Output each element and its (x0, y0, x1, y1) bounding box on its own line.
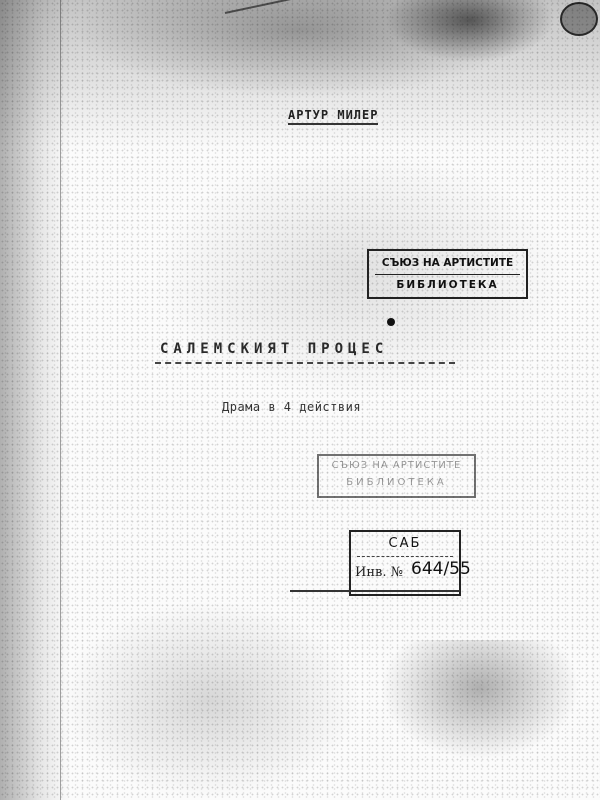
stamp-divider (375, 274, 520, 275)
library-stamp: СЪЮЗ НА АРТИСТИТЕ БИБЛИОТЕКА (367, 249, 528, 299)
inventory-number: 644/55 (411, 559, 471, 579)
stamp-line-1: СЪЮЗ НА АРТИСТИТЕ (369, 257, 526, 269)
stamp-line-2: БИБЛИОТЕКА (319, 477, 474, 488)
title-underline (155, 362, 455, 364)
page-edge-line (60, 0, 61, 800)
stamp-divider (357, 556, 453, 557)
circled-page-number (560, 2, 598, 36)
stamp-org: САБ (351, 536, 459, 551)
author-name: АРТУР МИЛЕР (288, 108, 378, 125)
inventory-label: Инв. № (355, 565, 403, 580)
inventory-stamp: САБ Инв. № 644/55 (349, 530, 461, 596)
stamp-line-1: СЪЮЗ НА АРТИСТИТЕ (319, 460, 474, 471)
stamp-underline (290, 590, 460, 592)
scanned-page: АРТУР МИЛЕР СЪЮЗ НА АРТИСТИТЕ БИБЛИОТЕКА… (0, 0, 600, 800)
stamp-line-2: БИБЛИОТЕКА (369, 279, 526, 291)
play-title: САЛЕМСКИЯТ ПРОЦЕС (160, 341, 388, 357)
ink-dot (387, 318, 395, 326)
faded-library-stamp: СЪЮЗ НА АРТИСТИТЕ БИБЛИОТЕКА (317, 454, 476, 498)
play-subtitle: Драма в 4 действия (222, 400, 361, 414)
